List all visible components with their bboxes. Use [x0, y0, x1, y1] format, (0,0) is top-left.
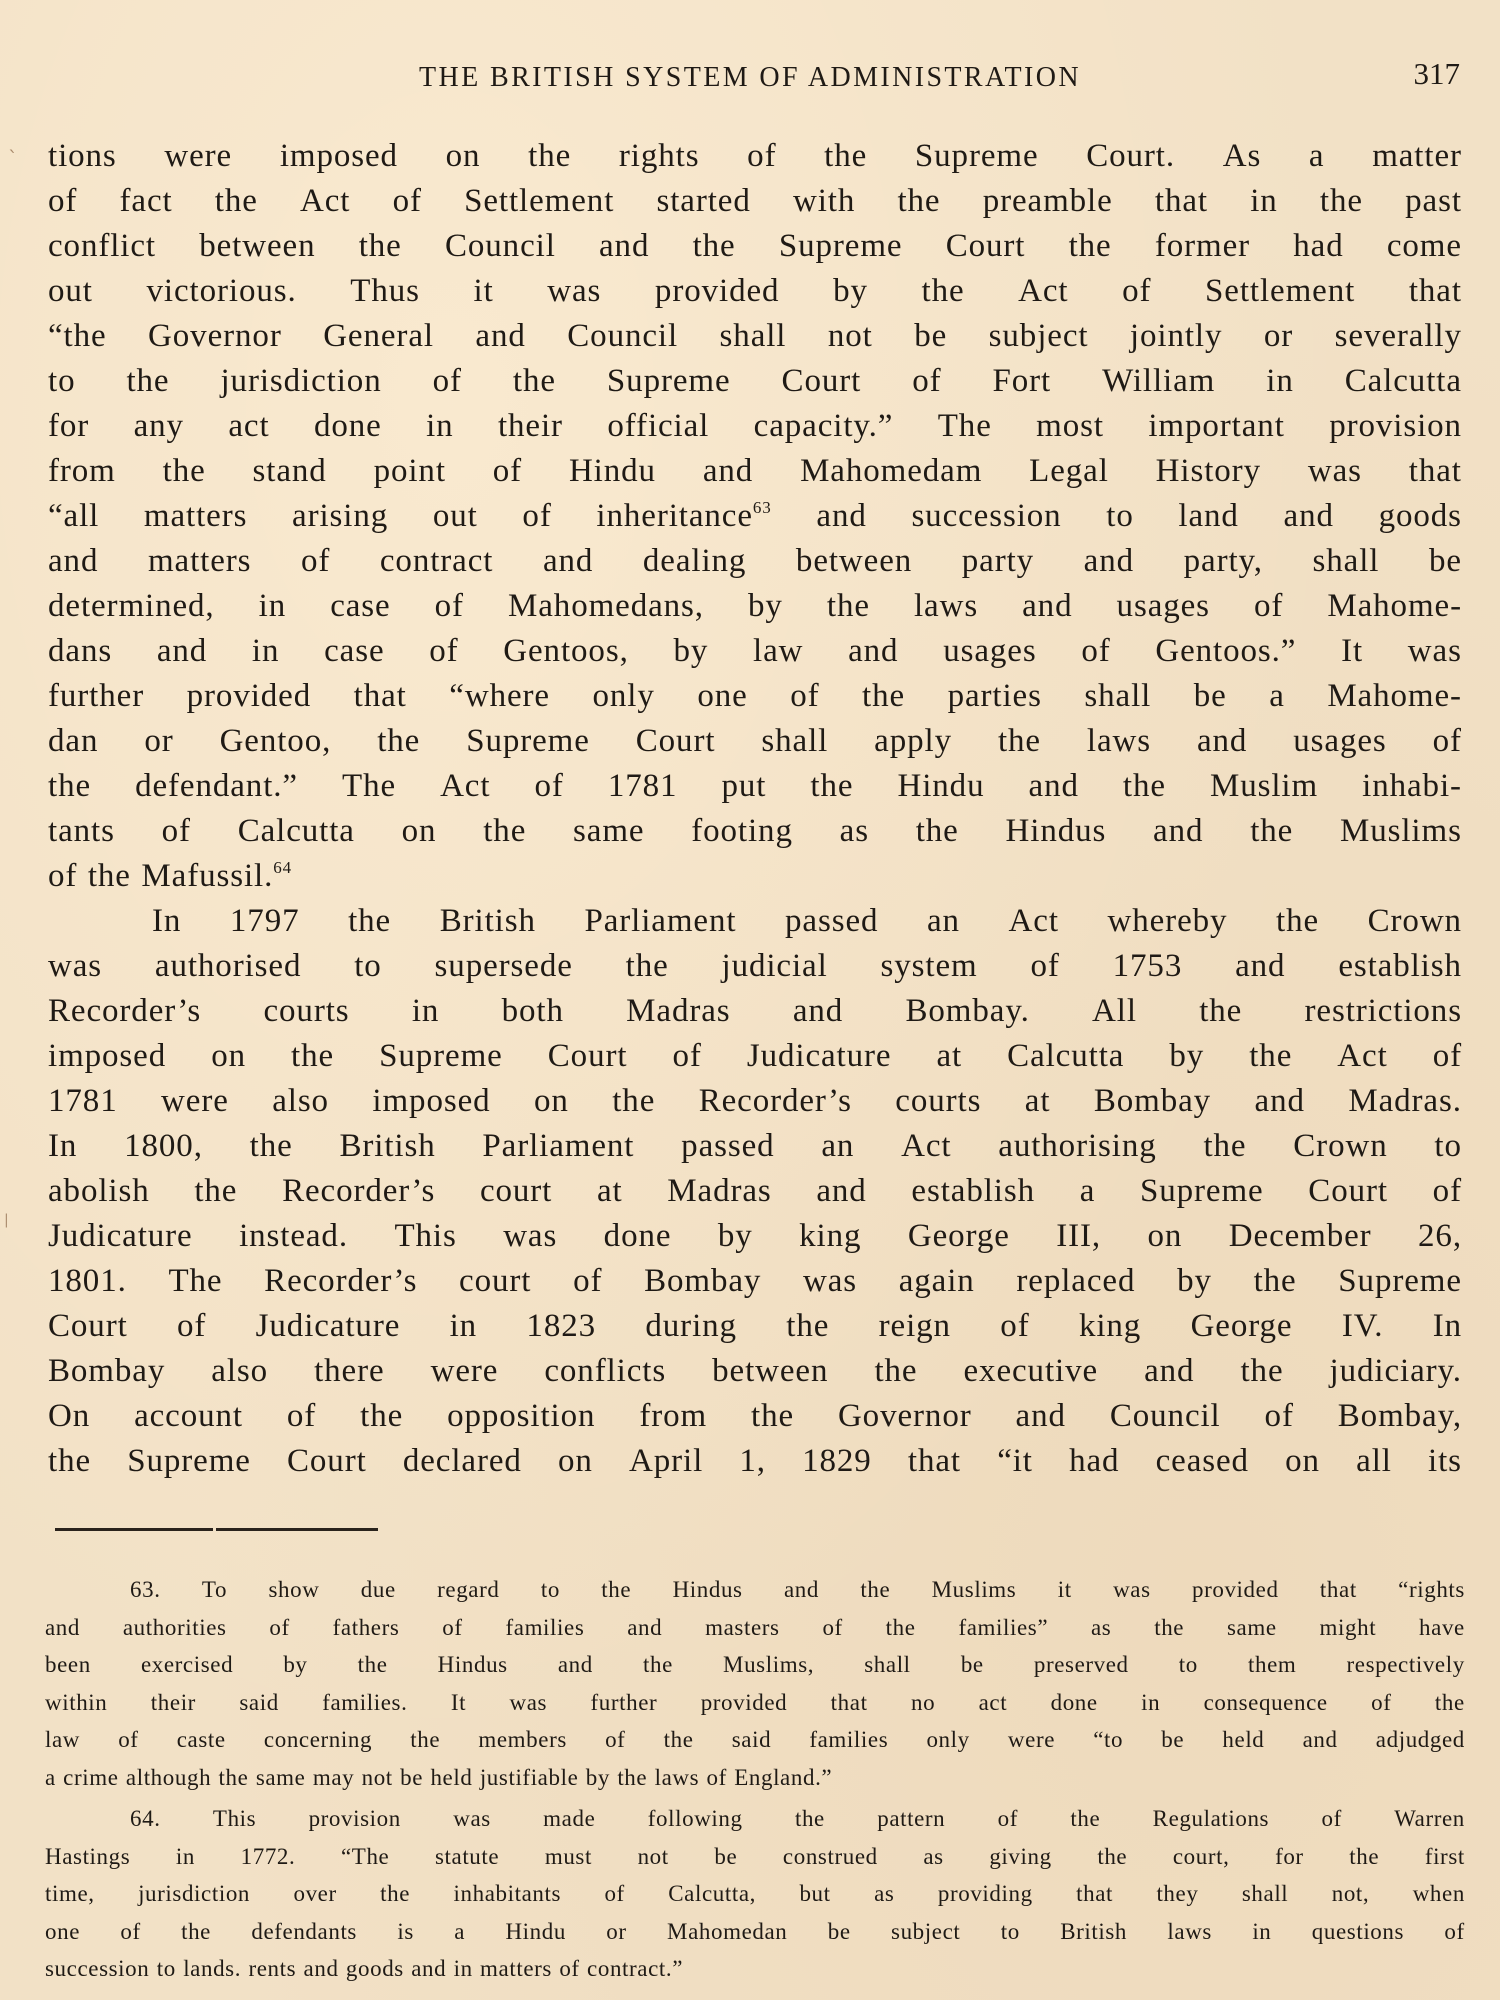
- text-line: Bombayalsotherewereconflictsbetweentheex…: [48, 1349, 1462, 1394]
- text-line: offacttheActofSettlementstartedwiththepr…: [48, 179, 1462, 224]
- text-line: abolishtheRecorder’scourtatMadrasandesta…: [48, 1169, 1462, 1214]
- margin-mark: |: [4, 1212, 9, 1228]
- footnote-ref: 64: [273, 858, 292, 877]
- text-line: oftheMafussil.64: [48, 854, 1462, 899]
- footnote-rule-right: [216, 1528, 378, 1531]
- footnotes: 63.ToshowdueregardtotheHindusandtheMusli…: [45, 1571, 1465, 1988]
- text-line: wasauthorisedtosupersedethejudicialsyste…: [48, 944, 1462, 989]
- footnote-line: withintheirsaidfamilies.Itwasfurtherprov…: [45, 1684, 1465, 1722]
- book-page: THE BRITISH SYSTEM OF ADMINISTRATION 317…: [0, 0, 1500, 2000]
- footnote-line: oneofthedefendantsisaHinduorMahomedanbes…: [45, 1913, 1465, 1951]
- footnote-line: 63.ToshowdueregardtotheHindusandtheMusli…: [45, 1571, 1465, 1609]
- margin-tick: `: [8, 146, 18, 170]
- text-line: tothejurisdictionoftheSupremeCourtofFort…: [48, 359, 1462, 404]
- footnote-line: time,jurisdictionovertheinhabitantsofCal…: [45, 1875, 1465, 1913]
- text-line: tantsofCalcuttaonthesamefootingastheHind…: [48, 809, 1462, 854]
- text-line: outvictorious.ThusitwasprovidedbytheActo…: [48, 269, 1462, 314]
- text-line: determined,incaseofMahomedans,bythelawsa…: [48, 584, 1462, 629]
- running-head: THE BRITISH SYSTEM OF ADMINISTRATION: [320, 62, 1180, 94]
- text-line: In1800,theBritishParliamentpassedanActau…: [48, 1124, 1462, 1169]
- text-line: furtherprovidedthat“whereonlyoneofthepar…: [48, 674, 1462, 719]
- footnote-line: beenexercisedbytheHindusandtheMuslims,sh…: [45, 1646, 1465, 1684]
- footnote-line: successiontolands.rentsandgoodsandinmatt…: [45, 1950, 1465, 1988]
- text-line: “theGovernorGeneralandCouncilshallnotbes…: [48, 314, 1462, 359]
- text-line: 1781werealsoimposedontheRecorder’scourts…: [48, 1079, 1462, 1124]
- text-line: In1797theBritishParliamentpassedanActwhe…: [48, 899, 1462, 944]
- text-line: foranyactdoneintheirofficialcapacity.”Th…: [48, 404, 1462, 449]
- text-line: CourtofJudicaturein1823duringthereignofk…: [48, 1304, 1462, 1349]
- footnote-rule-left: [55, 1528, 213, 1531]
- text-line: theSupremeCourtdeclaredonApril1,1829that…: [48, 1439, 1462, 1484]
- footnote-ref: 63: [753, 498, 772, 517]
- page-number: 317: [1414, 56, 1461, 92]
- text-line: 1801.TheRecorder’scourtofBombaywasagainr…: [48, 1259, 1462, 1304]
- text-line: tionswereimposedontherightsoftheSupremeC…: [48, 134, 1462, 179]
- text-line: thedefendant.”TheActof1781puttheHinduand…: [48, 764, 1462, 809]
- footnote-line: andauthoritiesoffathersoffamiliesandmast…: [45, 1609, 1465, 1647]
- footnote-line: acrimealthoughthesamemaynotbeheldjustifi…: [45, 1759, 1465, 1797]
- text-line: danorGentoo,theSupremeCourtshallapplythe…: [48, 719, 1462, 764]
- main-text: tionswereimposedontherightsoftheSupremeC…: [48, 134, 1462, 1484]
- text-line: conflictbetweentheCouncilandtheSupremeCo…: [48, 224, 1462, 269]
- text-line: dansandincaseofGentoos,bylawandusagesofG…: [48, 629, 1462, 674]
- text-line: OnaccountoftheoppositionfromtheGovernora…: [48, 1394, 1462, 1439]
- footnote-line: Hastingsin1772.“Thestatutemustnotbeconst…: [45, 1838, 1465, 1876]
- text-line: andmattersofcontractanddealingbetweenpar…: [48, 539, 1462, 584]
- text-line: fromthestandpointofHinduandMahomedamLega…: [48, 449, 1462, 494]
- text-line: Judicatureinstead.ThiswasdonebykingGeorg…: [48, 1214, 1462, 1259]
- footnote-line: lawofcasteconcerningthemembersofthesaidf…: [45, 1721, 1465, 1759]
- text-line: imposedontheSupremeCourtofJudicatureatCa…: [48, 1034, 1462, 1079]
- text-line: “allmattersarisingoutofinheritance63ands…: [48, 494, 1462, 539]
- footnote-line: 64.Thisprovisionwasmadefollowingthepatte…: [45, 1800, 1465, 1838]
- text-line: Recorder’scourtsinbothMadrasandBombay.Al…: [48, 989, 1462, 1034]
